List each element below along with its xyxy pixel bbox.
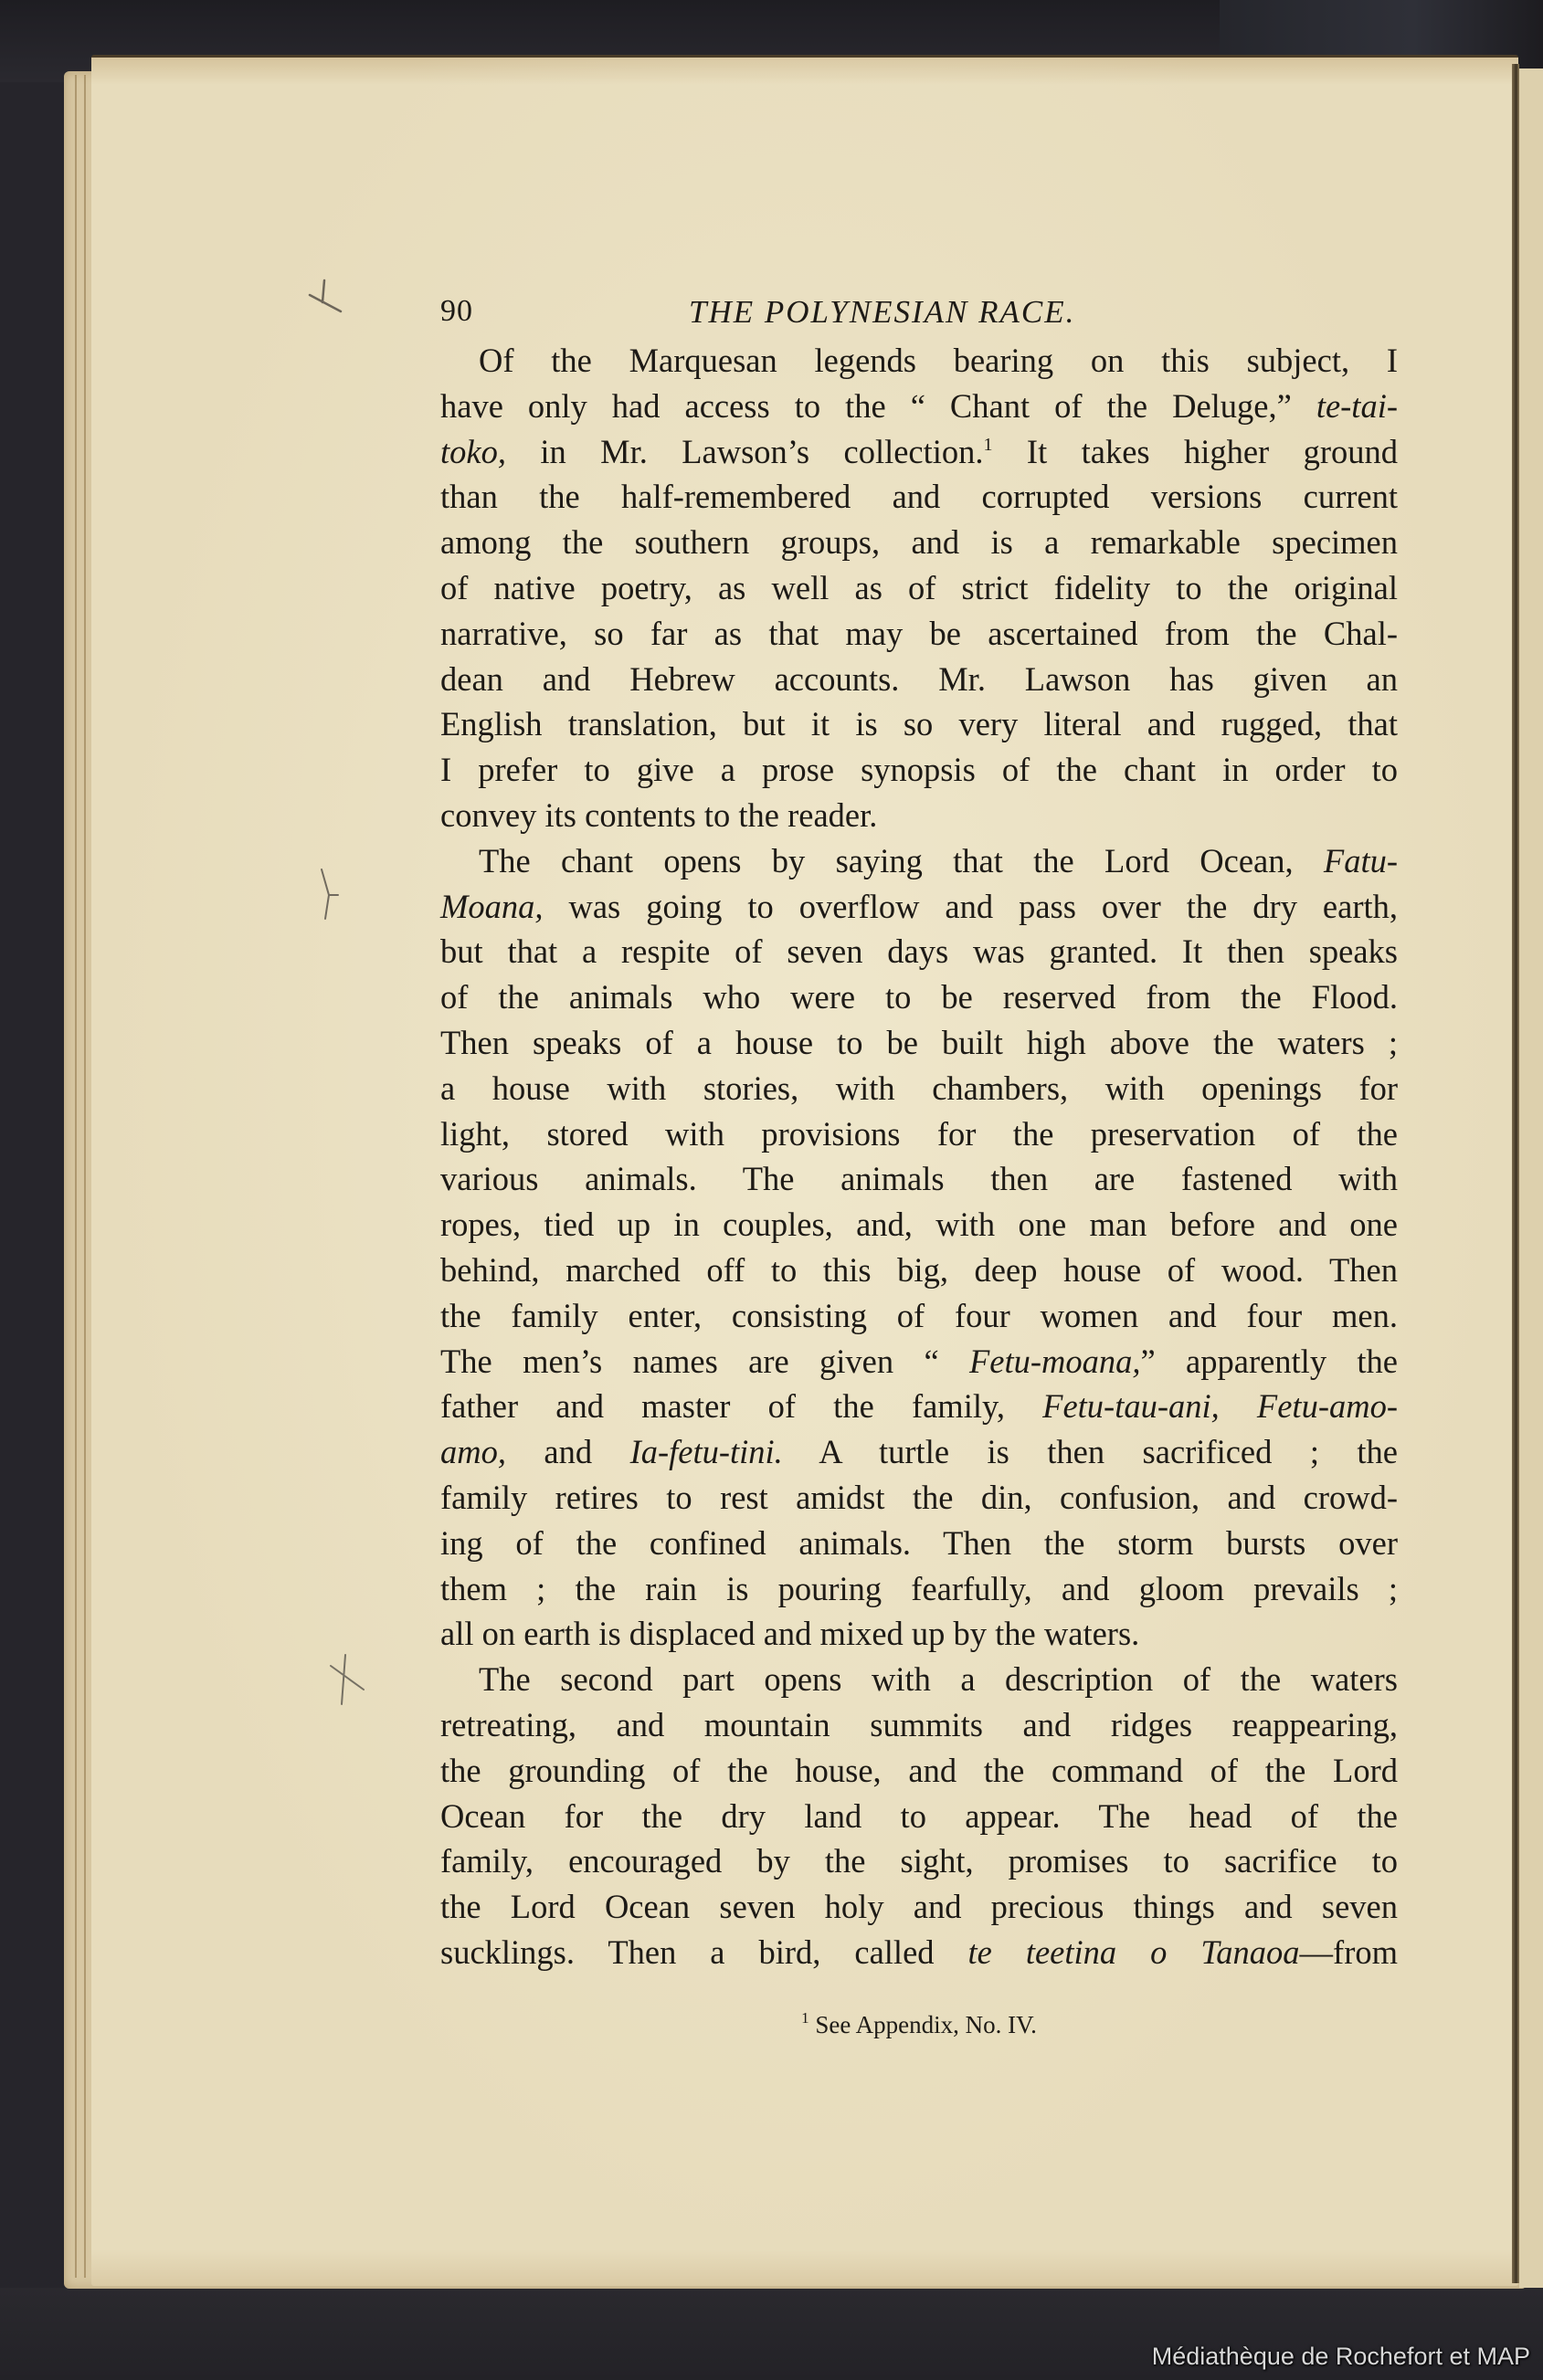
text-run: A turtle is then sacrificed ; the	[783, 1433, 1398, 1470]
paragraph: Of the Marquesan legends bearing on this…	[440, 338, 1398, 838]
text-line: ing of the confined animals. Then the st…	[440, 1521, 1398, 1566]
text-line: all on earth is displaced and mixed up b…	[440, 1611, 1398, 1657]
text-line: light, stored with provisions for the pr…	[440, 1111, 1398, 1157]
page-text: 90 THE POLYNESIAN RACE. Of the Marquesan…	[440, 283, 1398, 1975]
text-run: and	[506, 1433, 630, 1470]
pencil-mark-icon	[329, 1653, 365, 1708]
facing-page-edge	[1519, 68, 1543, 2288]
text-run: English translation, but it is so very l…	[440, 705, 1398, 742]
text-line: sucklings. Then a bird, called te teetin…	[440, 1930, 1398, 1975]
body-text: Of the Marquesan legends bearing on this…	[440, 338, 1398, 1975]
italic-term: te-tai-	[1316, 387, 1398, 425]
text-run: of native poetry, as well as of strict f…	[440, 569, 1398, 606]
page-edge-line	[75, 75, 77, 2278]
paragraph: The second part opens with a description…	[440, 1657, 1398, 1975]
text-run: ing of the confined animals. Then the st…	[440, 1524, 1398, 1562]
text-line: convey its contents to the reader.	[440, 793, 1398, 838]
text-line: various animals. The animals then are fa…	[440, 1156, 1398, 1202]
text-line: dean and Hebrew accounts. Mr. Lawson has…	[440, 657, 1398, 702]
text-line: Then speaks of a house to be built high …	[440, 1020, 1398, 1066]
text-line: I prefer to give a prose synopsis of the…	[440, 747, 1398, 793]
text-run: Ocean for the dry land to appear. The he…	[440, 1797, 1398, 1835]
text-line: Ocean for the dry land to appear. The he…	[440, 1794, 1398, 1839]
text-run: The second part opens with a description…	[479, 1660, 1398, 1698]
pencil-mark-icon	[311, 868, 347, 922]
gutter-shadow	[1512, 64, 1519, 2283]
text-line: them ; the rain is pouring fearfully, an…	[440, 1566, 1398, 1612]
text-line: family, encouraged by the sight, promise…	[440, 1838, 1398, 1884]
text-run: various animals. The animals then are fa…	[440, 1160, 1398, 1197]
text-run: was going to overflow and pass over the …	[544, 888, 1398, 925]
footnote: 1 See Appendix, No. IV.	[440, 2009, 1398, 2039]
text-run: in Mr. Lawson’s collection.	[506, 433, 984, 470]
text-line: The second part opens with a description…	[440, 1657, 1398, 1702]
text-line: The chant opens by saying that the Lord …	[440, 838, 1398, 884]
text-run: The chant opens by saying that the Lord …	[479, 842, 1324, 879]
text-run: convey its contents to the reader.	[440, 796, 877, 834]
text-run: family retires to rest amidst the din, c…	[440, 1479, 1398, 1516]
text-run: retreating, and mountain summits and rid…	[440, 1706, 1398, 1743]
text-line: retreating, and mountain summits and rid…	[440, 1702, 1398, 1748]
page-edge-line	[84, 75, 86, 2278]
text-line: the family enter, consisting of four wom…	[440, 1293, 1398, 1339]
text-run: the Lord Ocean seven holy and precious t…	[440, 1888, 1398, 1925]
watermark: Médiathèque de Rochefort et MAP	[1152, 2343, 1530, 2371]
text-run: than the half-remembered and corrupted v…	[440, 478, 1398, 515]
text-run: —from	[1300, 1933, 1398, 1971]
italic-term: Fatu-	[1324, 842, 1398, 879]
text-run: the family enter, consisting of four wom…	[440, 1297, 1398, 1334]
text-line: the grounding of the house, and the comm…	[440, 1748, 1398, 1794]
text-line: a house with stories, with chambers, wit…	[440, 1066, 1398, 1111]
text-run: of the animals who were to be reserved f…	[440, 978, 1398, 1016]
running-head: 90 THE POLYNESIAN RACE.	[440, 283, 1398, 338]
text-line: among the southern groups, and is a rema…	[440, 520, 1398, 565]
text-run: father and master of the family,	[440, 1387, 1042, 1425]
text-run: Then speaks of a house to be built high …	[440, 1024, 1398, 1061]
text-run: The men’s names are given “	[440, 1343, 969, 1380]
text-run: the grounding of the house, and the comm…	[440, 1752, 1398, 1789]
text-run: behind, marched off to this big, deep ho…	[440, 1251, 1398, 1289]
text-line: than the half-remembered and corrupted v…	[440, 474, 1398, 520]
italic-term: Moana,	[440, 888, 544, 925]
footnote-ref: 1	[984, 435, 993, 455]
italic-term: Fetu-moana,	[969, 1343, 1141, 1380]
text-run: but that a respite of seven days was gra…	[440, 932, 1398, 970]
text-line: of the animals who were to be reserved f…	[440, 974, 1398, 1020]
text-run: a house with stories, with chambers, wit…	[440, 1069, 1398, 1107]
text-line: The men’s names are given “ Fetu-moana,”…	[440, 1339, 1398, 1385]
italic-term: te teetina o Tanaoa	[968, 1933, 1300, 1971]
text-line: Of the Marquesan legends bearing on this…	[440, 338, 1398, 384]
text-run: dean and Hebrew accounts. Mr. Lawson has…	[440, 660, 1398, 698]
italic-term: Fetu-tau-ani, Fetu-amo-	[1042, 1387, 1398, 1425]
text-line: but that a respite of seven days was gra…	[440, 929, 1398, 974]
paragraph: The chant opens by saying that the Lord …	[440, 838, 1398, 1657]
text-line: father and master of the family, Fetu-ta…	[440, 1384, 1398, 1429]
text-run: I prefer to give a prose synopsis of the…	[440, 751, 1398, 788]
italic-term: Ia-fetu-tini.	[630, 1433, 783, 1470]
text-line: of native poetry, as well as of strict f…	[440, 565, 1398, 611]
text-line: Moana, was going to overflow and pass ov…	[440, 884, 1398, 930]
text-line: toko, in Mr. Lawson’s collection.1 It ta…	[440, 429, 1398, 475]
text-line: amo, and Ia-fetu-tini. A turtle is then …	[440, 1429, 1398, 1475]
text-run: Of the Marquesan legends bearing on this…	[479, 342, 1398, 379]
text-line: the Lord Ocean seven holy and precious t…	[440, 1884, 1398, 1930]
pencil-mark-icon	[306, 279, 343, 315]
text-run: all on earth is displaced and mixed up b…	[440, 1615, 1139, 1652]
text-run: It takes higher ground	[993, 433, 1398, 470]
text-run: have only had access to the “ Chant of t…	[440, 387, 1316, 425]
footnote-text: See Appendix, No. IV.	[815, 2011, 1037, 2038]
text-line: have only had access to the “ Chant of t…	[440, 384, 1398, 429]
text-line: English translation, but it is so very l…	[440, 701, 1398, 747]
text-run: family, encouraged by the sight, promise…	[440, 1842, 1398, 1880]
text-run: sucklings. Then a bird, called	[440, 1933, 968, 1971]
text-line: narrative, so far as that may be ascerta…	[440, 611, 1398, 657]
italic-term: toko,	[440, 433, 506, 470]
text-run: ropes, tied up in couples, and, with one…	[440, 1206, 1398, 1243]
text-line: behind, marched off to this big, deep ho…	[440, 1248, 1398, 1293]
page-number: 90	[440, 294, 473, 329]
italic-term: amo,	[440, 1433, 506, 1470]
running-title: THE POLYNESIAN RACE.	[689, 294, 1075, 331]
text-run: among the southern groups, and is a rema…	[440, 523, 1398, 561]
footnote-marker: 1	[801, 2009, 809, 2027]
text-run: them ; the rain is pouring fearfully, an…	[440, 1570, 1398, 1607]
text-run: narrative, so far as that may be ascerta…	[440, 615, 1398, 652]
text-line: ropes, tied up in couples, and, with one…	[440, 1202, 1398, 1248]
text-line: family retires to rest amidst the din, c…	[440, 1475, 1398, 1521]
text-run: ” apparently the	[1141, 1343, 1398, 1380]
text-run: light, stored with provisions for the pr…	[440, 1115, 1398, 1153]
